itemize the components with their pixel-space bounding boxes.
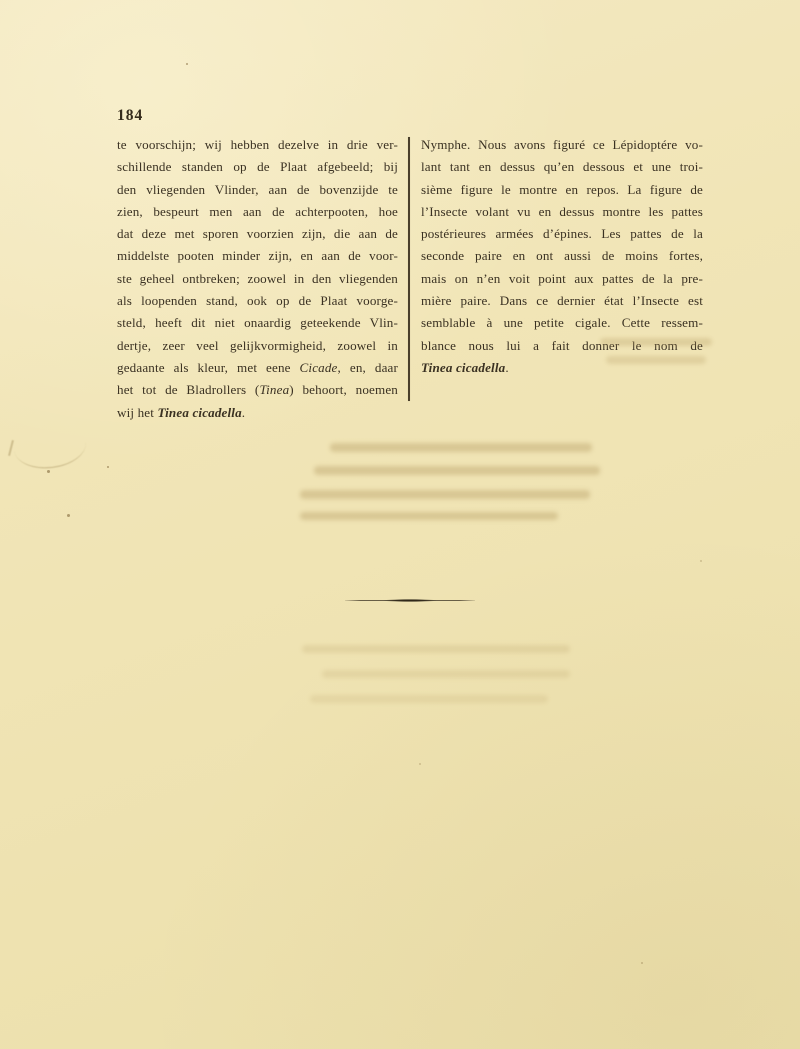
showthrough-mark — [314, 466, 600, 475]
text-segment: Cicade — [300, 360, 338, 375]
text-line: mière paire. Dans ce dernier état l’Inse… — [421, 290, 703, 312]
text-line: postérieures armées d’épines. Les pattes… — [421, 223, 703, 245]
text-line: als loopenden stand, ook op de Plaat voo… — [117, 290, 398, 312]
text-segment: Nymphe. Nous avons figuré ce Lépidoptére… — [421, 137, 703, 152]
text-line: dertje, zeer veel gelijkvormigheid, zoow… — [117, 335, 398, 357]
text-line: dat deze met sporen voorzien zijn, die a… — [117, 223, 398, 245]
text-line: den vliegenden Vlinder, aan de bovenzijd… — [117, 179, 398, 201]
showthrough-mark — [606, 356, 706, 364]
text-segment: ste geheel ontbreken; zoowel in den vlie… — [117, 271, 398, 286]
text-line: steld, heeft dit niet onaardig geteekend… — [117, 312, 398, 334]
text-segment: Tinea — [259, 382, 289, 397]
paper-speck — [700, 560, 702, 562]
text-segment: dertje, zeer veel gelijkvormigheid, zoow… — [117, 338, 398, 353]
text-segment: zien, bespeurt men aan de achterpooten, … — [117, 204, 398, 219]
showthrough-mark — [310, 695, 548, 703]
text-segment: wij het — [117, 405, 157, 420]
pencil-smudge-tick — [8, 440, 14, 456]
text-line: seconde paire en ont aussi de moins fort… — [421, 245, 703, 267]
text-segment: ) behoort, noemen — [289, 382, 398, 397]
text-segment: seconde paire en ont aussi de moins fort… — [421, 248, 703, 263]
text-segment: . — [242, 405, 245, 420]
text-segment: lant tant en dessus qu’en dessous et une… — [421, 159, 703, 174]
left-column-dutch-text: te voorschijn; wij hebben dezelve in dri… — [117, 134, 398, 424]
paper-speck — [107, 466, 109, 468]
text-segment: mais on n’en voit point aux pattes de la… — [421, 271, 703, 286]
paper-speck — [641, 962, 643, 964]
text-line: Nymphe. Nous avons figuré ce Lépidoptére… — [421, 134, 703, 156]
section-separator-rule — [345, 598, 475, 603]
paper-speck — [47, 470, 50, 473]
text-line: schillende standen op de Plaat afgebeeld… — [117, 156, 398, 178]
text-line: semblable à une petite cigale. Cette res… — [421, 312, 703, 334]
text-line: sième figure le montre en repos. La figu… — [421, 179, 703, 201]
text-segment: het tot de Bladrollers ( — [117, 382, 259, 397]
paper-speck — [419, 763, 421, 765]
text-line: lant tant en dessus qu’en dessous et une… — [421, 156, 703, 178]
column-divider-rule — [408, 137, 410, 401]
showthrough-mark — [300, 512, 558, 520]
text-line: l’Insecte volant vu en dessus montre les… — [421, 201, 703, 223]
showthrough-mark — [322, 670, 570, 678]
text-segment: gedaante als kleur, met eene — [117, 360, 300, 375]
text-line: ste geheel ontbreken; zoowel in den vlie… — [117, 268, 398, 290]
text-segment: steld, heeft dit niet onaardig geteekend… — [117, 315, 398, 330]
text-segment: postérieures armées d’épines. Les pattes… — [421, 226, 703, 241]
text-segment: schillende standen op de Plaat afgebeeld… — [117, 159, 398, 174]
showthrough-mark — [600, 338, 712, 346]
text-segment: , en, daar — [338, 360, 398, 375]
text-segment: l’Insecte volant vu en dessus montre les… — [421, 204, 703, 219]
text-segment: middelste pooten minder zijn, en aan de … — [117, 248, 398, 263]
showthrough-mark — [302, 645, 570, 653]
paper-speck — [67, 514, 70, 517]
pencil-smudge-arc — [12, 421, 89, 472]
text-segment: sième figure le montre en repos. La figu… — [421, 182, 703, 197]
text-segment: Tinea cicadella — [421, 360, 505, 375]
text-segment: semblable à une petite cigale. Cette res… — [421, 315, 703, 330]
text-line: gedaante als kleur, met eene Cicade, en,… — [117, 357, 398, 379]
text-segment: Tinea cicadella — [157, 405, 241, 420]
text-line: te voorschijn; wij hebben dezelve in dri… — [117, 134, 398, 156]
showthrough-mark — [330, 443, 592, 452]
text-line: wij het Tinea cicadella. — [117, 402, 398, 424]
text-segment: dat deze met sporen voorzien zijn, die a… — [117, 226, 398, 241]
text-segment: mière paire. Dans ce dernier état l’Inse… — [421, 293, 703, 308]
showthrough-mark — [300, 490, 590, 499]
text-line: het tot de Bladrollers (Tinea) behoort, … — [117, 379, 398, 401]
page-number: 184 — [117, 107, 143, 125]
text-line: zien, bespeurt men aan de achterpooten, … — [117, 201, 398, 223]
text-segment: als loopenden stand, ook op de Plaat voo… — [117, 293, 398, 308]
text-line: mais on n’en voit point aux pattes de la… — [421, 268, 703, 290]
paper-speck — [186, 63, 188, 65]
text-line: middelste pooten minder zijn, en aan de … — [117, 245, 398, 267]
text-segment: te voorschijn; wij hebben dezelve in dri… — [117, 137, 398, 152]
text-segment: den vliegenden Vlinder, aan de bovenzijd… — [117, 182, 398, 197]
book-page-scan: { "page": { "number": "184" }, "colors":… — [0, 0, 800, 1049]
text-segment: . — [505, 360, 508, 375]
